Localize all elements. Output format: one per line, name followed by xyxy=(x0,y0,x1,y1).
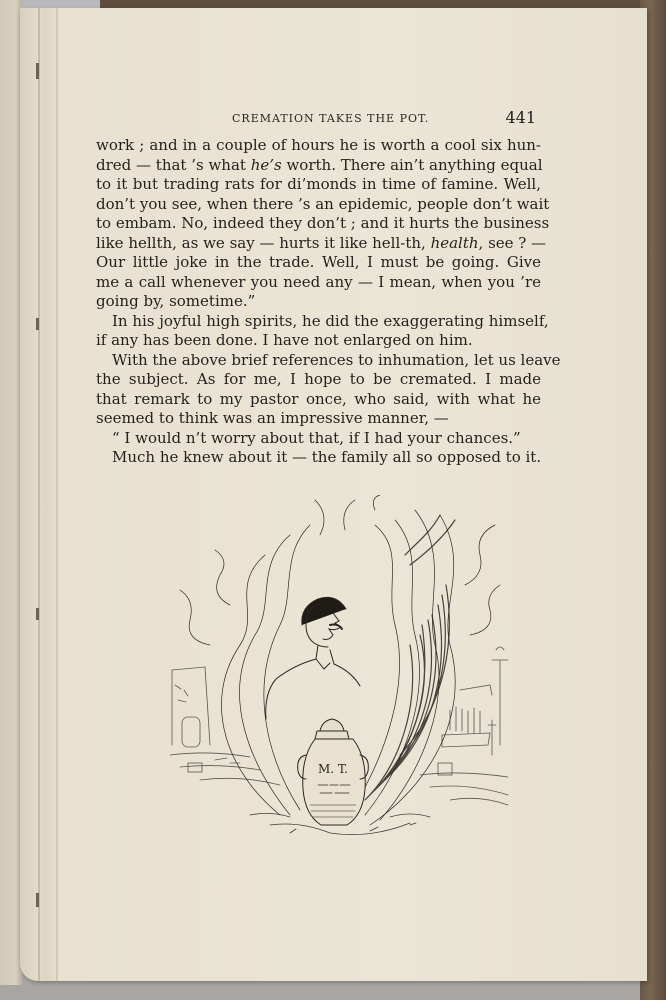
text-line: the subject. As for me, I hope to be cre… xyxy=(96,370,541,390)
text-line: In his joyful high spirits, he did the e… xyxy=(96,312,541,332)
text-line: to it but trading rats for di’monds in t… xyxy=(96,175,541,195)
binding-thread xyxy=(36,608,39,620)
italic-emphasis: he’s xyxy=(251,156,282,174)
gutter-fold-inner xyxy=(56,8,58,981)
chapter-running-title: CREMATION TAKES THE POT. xyxy=(232,112,429,125)
page-number: 441 xyxy=(505,108,536,127)
flames-dark xyxy=(365,515,455,800)
text-line: work ; and in a couple of hours he is wo… xyxy=(96,136,541,156)
text-line: dred — that ’s what he’s worth. There ai… xyxy=(96,156,541,176)
text-line: seemed to think was an impressive manner… xyxy=(96,409,541,429)
text-line: Much he knew about it — the family all s… xyxy=(96,448,541,468)
cemetery-right xyxy=(420,647,508,805)
cemetery-left xyxy=(170,667,280,785)
text-line: Our little joke in the trade. Well, I mu… xyxy=(96,253,541,273)
man-bust xyxy=(266,597,360,719)
text-line: going by, sometime.” xyxy=(96,292,541,312)
body-text: work ; and in a couple of hours he is wo… xyxy=(96,136,541,468)
text-line: don’t you see, when there ’s an epidemic… xyxy=(96,195,541,215)
book-cover-top-edge xyxy=(100,0,666,8)
binding-thread xyxy=(36,318,39,330)
running-head: CREMATION TAKES THE POT. 441 xyxy=(96,108,536,130)
text-line: if any has been done. I have not enlarge… xyxy=(96,331,541,351)
facing-page-edge xyxy=(0,0,22,985)
text-line: “ I would n’t worry about that, if I had… xyxy=(96,429,541,449)
text-line: that remark to my pastor once, who said,… xyxy=(96,390,541,410)
italic-emphasis: health xyxy=(431,234,479,252)
cremation-illustration: M. T. xyxy=(170,495,510,845)
text-line: to embam. No, indeed they don’t ; and it… xyxy=(96,214,541,234)
urn: M. T. xyxy=(298,719,369,825)
text-line: With the above brief references to inhum… xyxy=(96,351,541,371)
gutter-fold xyxy=(38,8,40,981)
text-line: like hellth, as we say — hurts it like h… xyxy=(96,234,541,254)
text-line: me a call whenever you need any — I mean… xyxy=(96,273,541,293)
binding-thread xyxy=(36,63,39,79)
svg-text:M. T.: M. T. xyxy=(318,762,348,776)
binding-thread xyxy=(36,893,39,907)
